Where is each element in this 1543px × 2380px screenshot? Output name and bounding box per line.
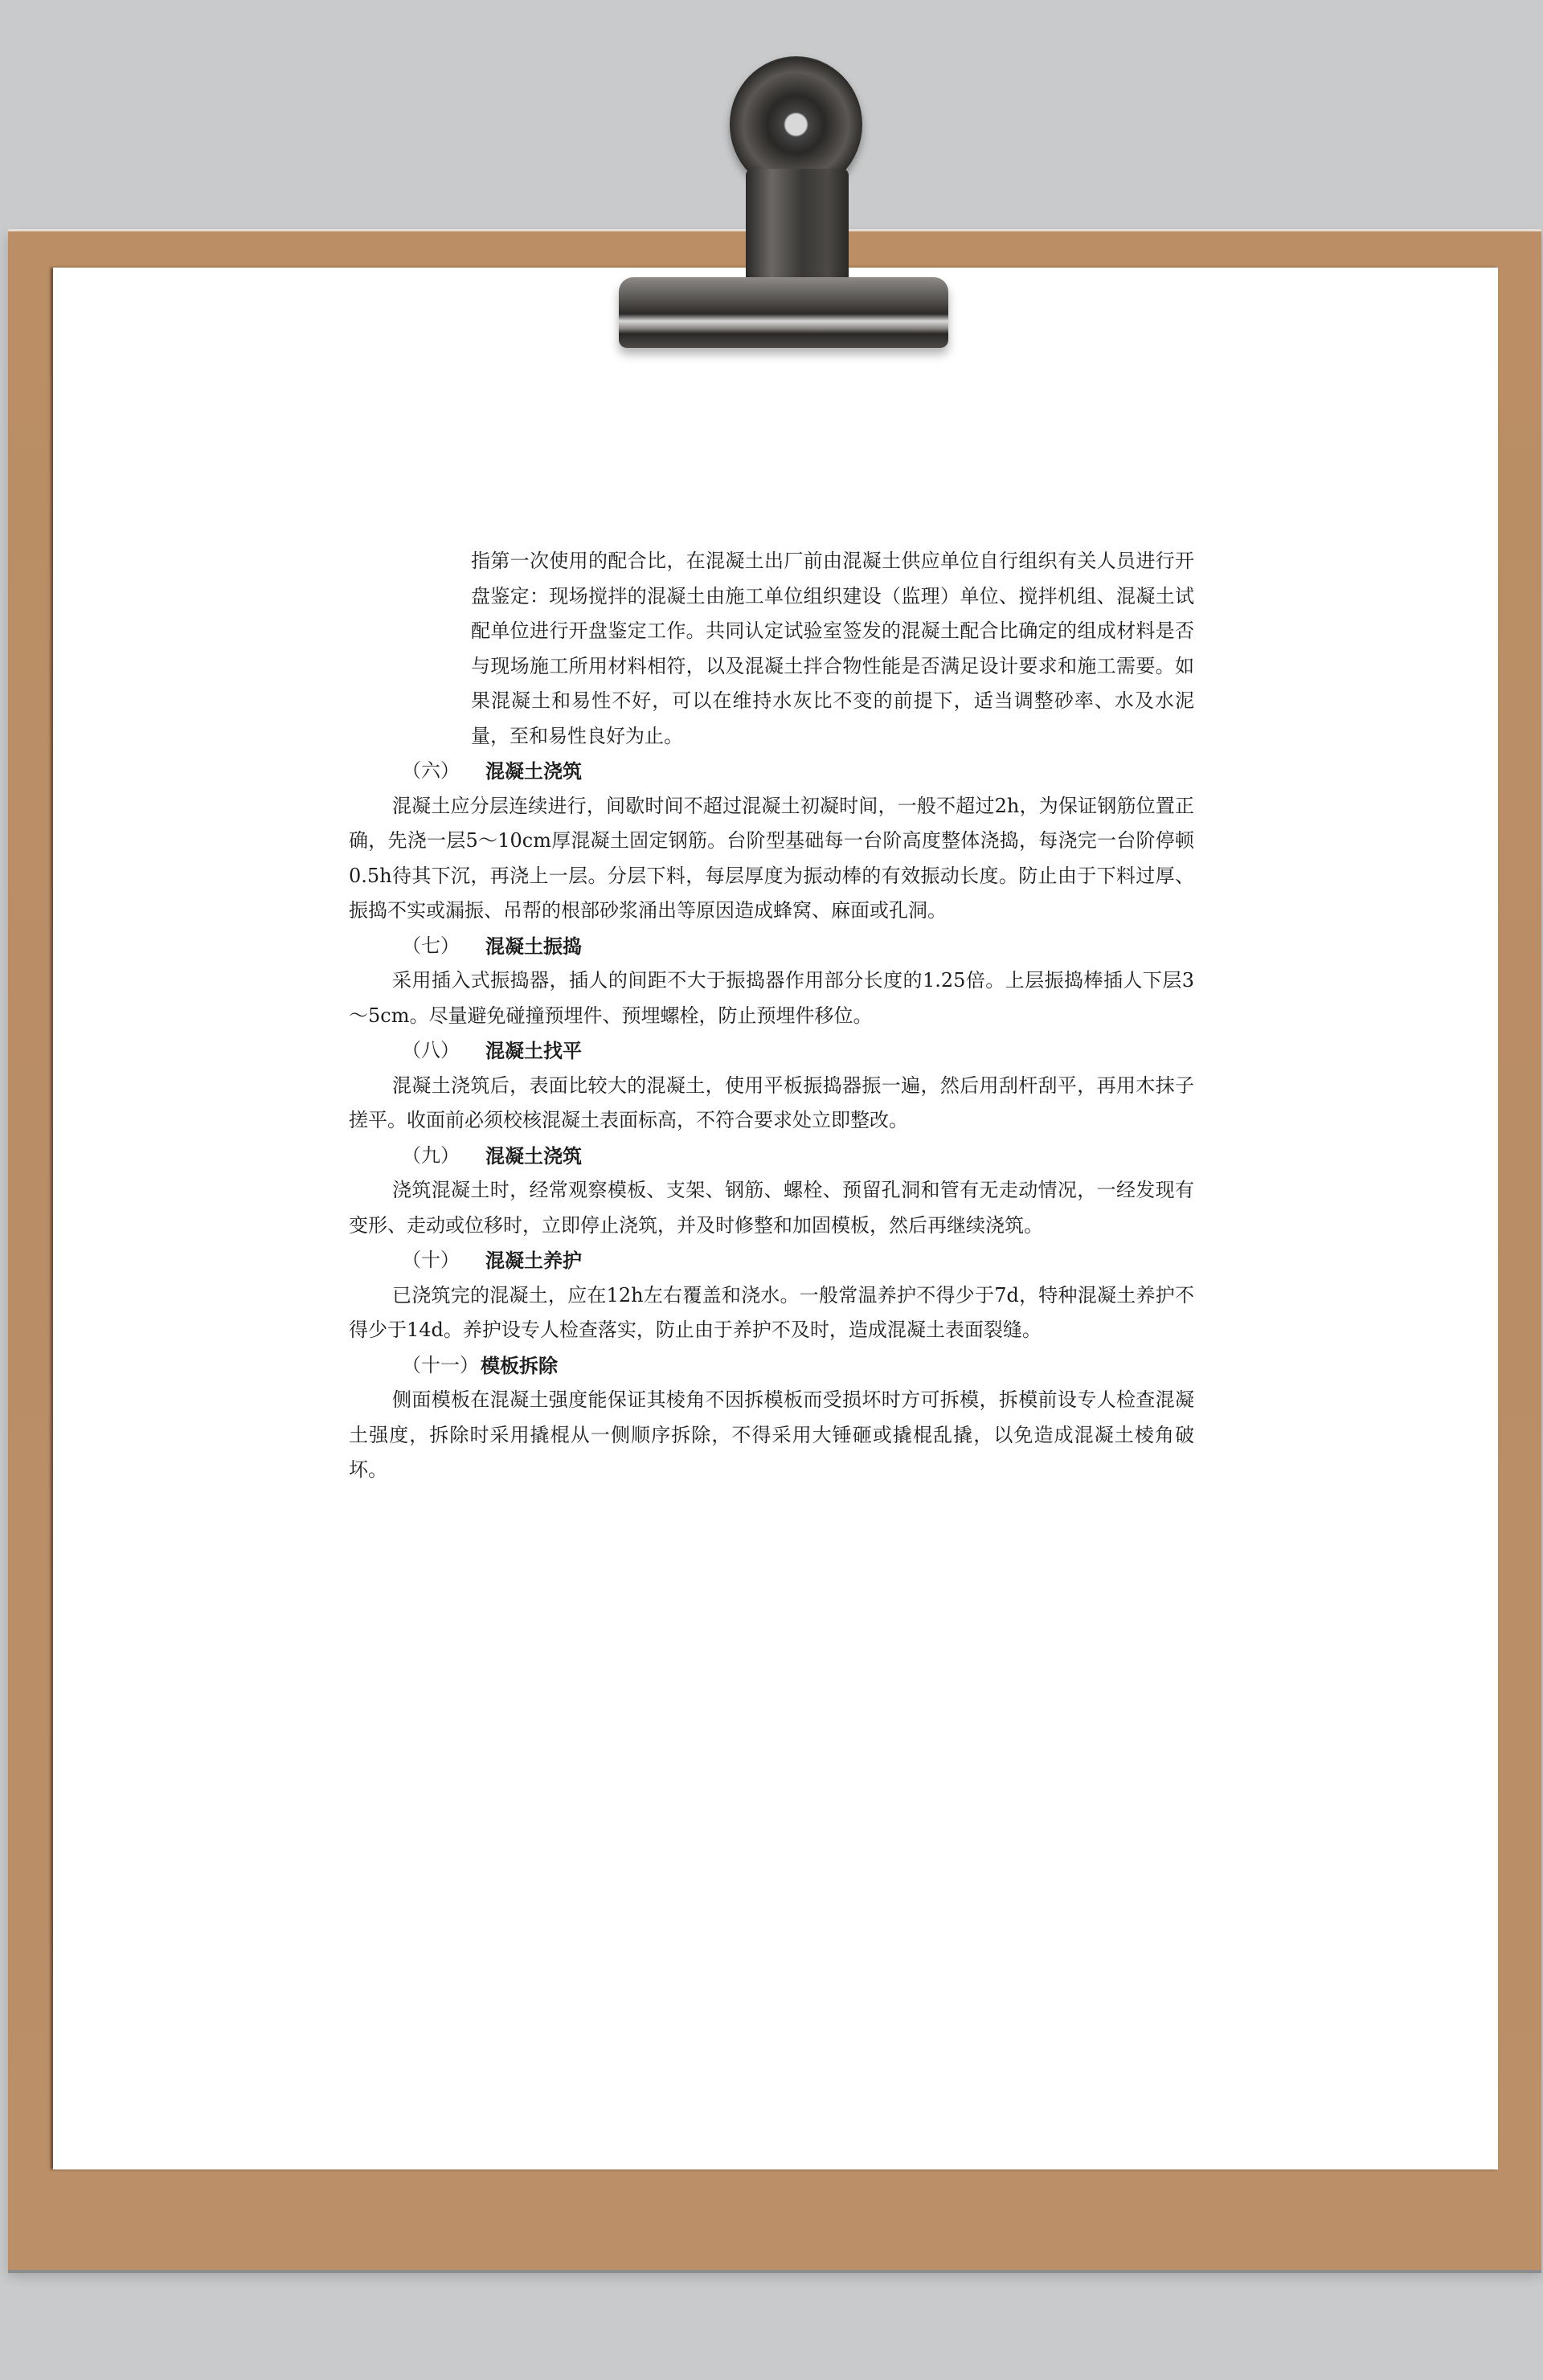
section-body: 已浇筑完的混凝土，应在12h左右覆盖和浇水。一般常温养护不得少于7d，特种混凝土…	[349, 1278, 1194, 1348]
section-body: 采用插入式振捣器，插人的间距不大于振捣器作用部分长度的1.25倍。上层振捣棒插人…	[349, 963, 1194, 1033]
section-body: 混凝土应分层连续进行，间歇时间不超过混凝土初凝时间，一般不超过2h，为保证钢筋位…	[349, 789, 1194, 929]
section-number: （十一）	[402, 1348, 479, 1384]
section-body: 浇筑混凝土时，经常观察模板、支架、钢筋、螺栓、预留孔洞和管有无走动情况，一经发现…	[349, 1173, 1194, 1243]
intro-paragraph: 指第一次使用的配合比，在混凝土出厂前由混凝土供应单位自行组织有关人员进行开盘鉴定…	[349, 544, 1194, 754]
section-title: 混凝土浇筑	[485, 1139, 582, 1174]
section-number: （九）	[402, 1139, 485, 1174]
section-title: 混凝土养护	[485, 1243, 582, 1278]
section-title: 混凝土浇筑	[485, 754, 582, 789]
section-number: （八）	[402, 1033, 485, 1069]
section-body: 混凝土浇筑后，表面比较大的混凝土，使用平板振捣器振一遍，然后用刮杆刮平，再用木抹…	[349, 1069, 1194, 1139]
section-title: 混凝土找平	[485, 1033, 582, 1069]
section-heading-11: （十一） 模板拆除	[349, 1348, 1194, 1384]
clip-jaw	[619, 277, 948, 348]
section-heading-9: （九） 混凝土浇筑	[349, 1139, 1194, 1174]
section-number: （六）	[402, 754, 485, 789]
section-title: 混凝土振捣	[485, 929, 582, 964]
section-heading-7: （七） 混凝土振捣	[349, 929, 1194, 964]
section-number: （七）	[402, 929, 485, 964]
section-number: （十）	[402, 1243, 485, 1278]
section-heading-8: （八） 混凝土找平	[349, 1033, 1194, 1069]
section-heading-10: （十） 混凝土养护	[349, 1243, 1194, 1278]
section-title: 模板拆除	[481, 1348, 558, 1384]
binder-clip-icon	[611, 48, 948, 354]
section-body: 侧面模板在混凝土强度能保证其棱角不因拆模板而受损坏时方可拆模，拆模前设专人检查混…	[349, 1383, 1194, 1488]
document-text: 指第一次使用的配合比，在混凝土出厂前由混凝土供应单位自行组织有关人员进行开盘鉴定…	[349, 544, 1194, 1488]
section-heading-6: （六） 混凝土浇筑	[349, 754, 1194, 789]
